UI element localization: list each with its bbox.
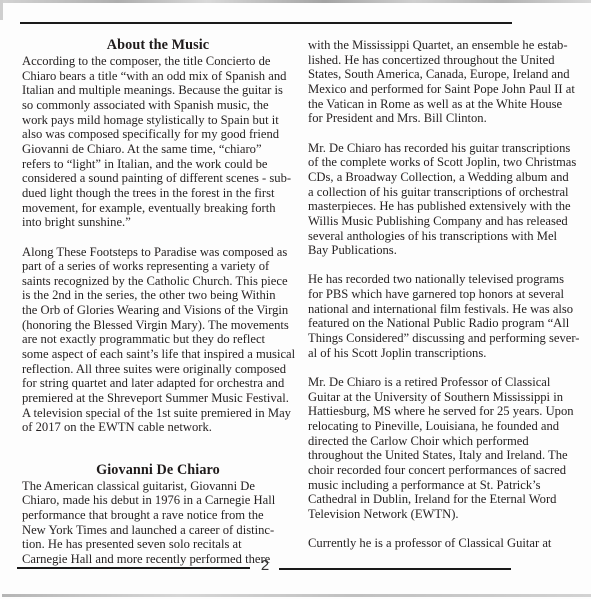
text-line: several anthologies of his transcription… xyxy=(308,229,580,244)
text-line: Willis Music Publishing Company and has … xyxy=(308,214,580,229)
page-number: 2 xyxy=(258,557,272,574)
paragraph: Along These Footsteps to Paradise was co… xyxy=(22,245,294,436)
text-line: A television special of the 1st suite pr… xyxy=(22,406,294,421)
text-line: so commonly associated with Spanish musi… xyxy=(22,98,294,113)
paragraph: Mr. De Chiaro has recorded his guitar tr… xyxy=(308,141,580,258)
text-line: Bay Publications. xyxy=(308,243,580,258)
text-line: He has recorded two nationally televised… xyxy=(308,272,580,287)
text-line: featured on the National Public Radio pr… xyxy=(308,316,580,331)
footer-rule-left xyxy=(17,567,250,569)
footer-rule-right xyxy=(279,568,511,570)
text-line: refers to “light” in Italian, and the wo… xyxy=(22,157,294,172)
text-line: Chiaro bears a title “with an odd mix of… xyxy=(22,69,294,84)
text-line: into bright sunshine.” xyxy=(22,215,294,230)
text-line: States, South America, Canada, Europe, I… xyxy=(308,67,580,82)
text-line: of 2017 on the EWTN cable network. xyxy=(22,420,294,435)
text-line: Mexico and performed for Saint Pope John… xyxy=(308,82,580,97)
text-line: work pays mild homage stylistically to S… xyxy=(22,113,294,128)
text-line: part of a series of works representing a… xyxy=(22,259,294,274)
text-line: tion. He has presented seven solo recita… xyxy=(22,537,294,552)
text-line: reflection. All three suites were origin… xyxy=(22,362,294,377)
text-line: the Orb of Glories Wearing and Visions o… xyxy=(22,303,294,318)
paragraph: with the Mississippi Quartet, an ensembl… xyxy=(308,38,580,126)
text-line: lished. He has concertized throughout th… xyxy=(308,53,580,68)
paragraph: The American classical guitarist, Giovan… xyxy=(22,479,294,567)
text-line: with the Mississippi Quartet, an ensembl… xyxy=(308,38,580,53)
text-line: Television Network (EWTN). xyxy=(308,507,580,522)
right-column: with the Mississippi Quartet, an ensembl… xyxy=(308,38,580,566)
text-line: also was composed specifically for my go… xyxy=(22,127,294,142)
text-line: Chiaro, made his debut in 1976 in a Carn… xyxy=(22,493,294,508)
text-line: al of his Scott Joplin transcriptions. xyxy=(308,346,580,361)
text-line: Mr. De Chiaro is a retired Professor of … xyxy=(308,375,580,390)
text-line: New York Times and launched a career of … xyxy=(22,523,294,538)
paragraph: According to the composer, the title Con… xyxy=(22,54,294,230)
text-line: The American classical guitarist, Giovan… xyxy=(22,479,294,494)
text-line: for President and Mrs. Bill Clinton. xyxy=(308,111,580,126)
text-line: premiered at the Shreveport Summer Music… xyxy=(22,391,294,406)
text-line: directed the Carlow Choir which performe… xyxy=(308,434,580,449)
text-line: CDs, a Broadway Collection, a Wedding al… xyxy=(308,170,580,185)
paragraph: Currently he is a professor of Classical… xyxy=(308,536,580,551)
text-line: Currently he is a professor of Classical… xyxy=(308,536,580,551)
text-line: considered a sound painting of different… xyxy=(22,171,294,186)
text-line: relocating to Pineville, Louisiana, he f… xyxy=(308,419,580,434)
text-line: national and international film festival… xyxy=(308,302,580,317)
text-line: saints recognized by the Catholic Church… xyxy=(22,274,294,289)
text-line: dued light though the trees in the fores… xyxy=(22,186,294,201)
scan-edge-bottom xyxy=(2,594,591,597)
text-line: masterpieces. He has published extensive… xyxy=(308,199,580,214)
text-line: Carnegie Hall and more recently performe… xyxy=(22,552,294,567)
text-line: is the 2nd in the series, the other two … xyxy=(22,288,294,303)
text-line: of the complete works of Scott Joplin, t… xyxy=(308,155,580,170)
left-column: About the Music According to the compose… xyxy=(22,37,294,581)
text-line: Hattiesburg, MS where he served for 25 y… xyxy=(308,404,580,419)
text-line: Things Considered” discussing and perfor… xyxy=(308,331,580,346)
paragraph: Mr. De Chiaro is a retired Professor of … xyxy=(308,375,580,522)
text-line: Italian and multiple meanings. Because t… xyxy=(22,83,294,98)
text-line: choir recorded four concert performances… xyxy=(308,463,580,478)
text-line: According to the composer, the title Con… xyxy=(22,54,294,69)
header-rule xyxy=(20,22,512,24)
text-line: performance that brought a rave notice f… xyxy=(22,508,294,523)
text-line: Mr. De Chiaro has recorded his guitar tr… xyxy=(308,141,580,156)
text-line: some aspect of each saint’s life that in… xyxy=(22,347,294,362)
paragraph: He has recorded two nationally televised… xyxy=(308,272,580,360)
text-line: Cathedral in Dublin, Ireland for the Ete… xyxy=(308,492,580,507)
text-line: throughout the United States, Italy and … xyxy=(308,448,580,463)
text-line: the Vatican in Rome as well as at the Wh… xyxy=(308,97,580,112)
text-line: for string quartet and later adapted for… xyxy=(22,376,294,391)
section-heading-giovanni-de-chiaro: Giovanni De Chiaro xyxy=(22,462,294,479)
section-heading-about-the-music: About the Music xyxy=(22,37,294,54)
text-line: Along These Footsteps to Paradise was co… xyxy=(22,245,294,260)
text-line: movement, for example, eventually breaki… xyxy=(22,201,294,216)
text-line: a collection of his guitar transcription… xyxy=(308,185,580,200)
text-line: for PBS which have garnered top honors a… xyxy=(308,287,580,302)
scan-edge-top xyxy=(0,0,591,3)
text-line: music including a performance at St. Pat… xyxy=(308,478,580,493)
text-line: Giovanni de Chiaro. At the same time, “c… xyxy=(22,142,294,157)
scan-edge-left xyxy=(0,0,3,20)
text-line: (honoring the Blessed Virgin Mary). The … xyxy=(22,318,294,333)
text-line: are not exactly programmatic but they do… xyxy=(22,332,294,347)
text-line: Guitar at the University of Southern Mis… xyxy=(308,390,580,405)
